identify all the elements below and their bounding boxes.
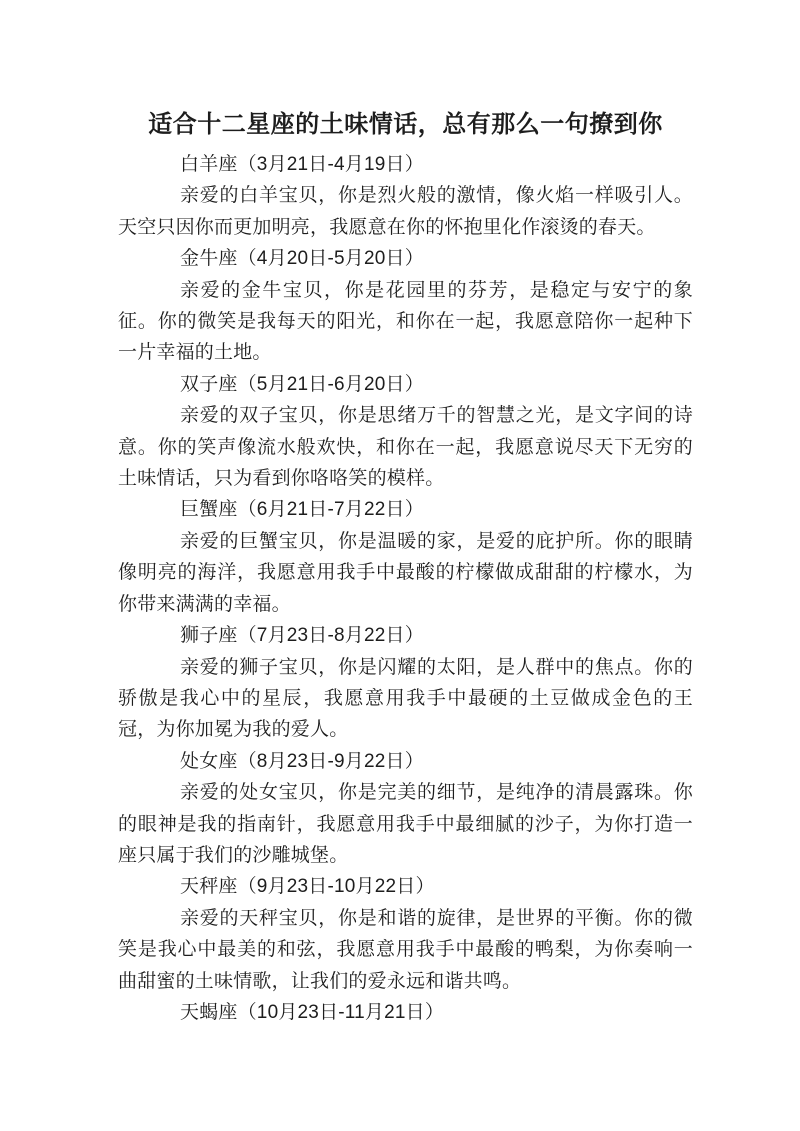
section-body: 亲爱的天秤宝贝，你是和谐的旋律，是世界的平衡。你的微笑是我心中最美的和弦，我愿意… — [118, 903, 693, 997]
section-heading: 双子座（5月21日-6月20日） — [118, 369, 693, 400]
section-body: 亲爱的白羊宝贝，你是烈火般的激情，像火焰一样吸引人。天空只因你而更加明亮，我愿意… — [118, 180, 693, 243]
section-heading: 巨蟹座（6月21日-7月22日） — [118, 494, 693, 525]
section-body: 亲爱的巨蟹宝贝，你是温暖的家，是爱的庇护所。你的眼睛像明亮的海洋，我愿意用我手中… — [118, 526, 693, 620]
zodiac-section-scorpio: 天蝎座（10月23日-11月21日） — [118, 997, 693, 1028]
section-body: 亲爱的金牛宝贝，你是花园里的芬芳，是稳定与安宁的象征。你的微笑是我每天的阳光，和… — [118, 275, 693, 369]
zodiac-section-libra: 天秤座（9月23日-10月22日） 亲爱的天秤宝贝，你是和谐的旋律，是世界的平衡… — [118, 871, 693, 997]
zodiac-section-virgo: 处女座（8月23日-9月22日） 亲爱的处女宝贝，你是完美的细节，是纯净的清晨露… — [118, 746, 693, 872]
document-page: 适合十二星座的土味情话，总有那么一句撩到你 白羊座（3月21日-4月19日） 亲… — [0, 0, 800, 1131]
zodiac-section-taurus: 金牛座（4月20日-5月20日） 亲爱的金牛宝贝，你是花园里的芬芳，是稳定与安宁… — [118, 243, 693, 369]
zodiac-section-leo: 狮子座（7月23日-8月22日） 亲爱的狮子宝贝，你是闪耀的太阳，是人群中的焦点… — [118, 620, 693, 746]
zodiac-section-gemini: 双子座（5月21日-6月20日） 亲爱的双子宝贝，你是思绪万千的智慧之光，是文字… — [118, 369, 693, 495]
document-title: 适合十二星座的土味情话，总有那么一句撩到你 — [118, 106, 693, 144]
section-body: 亲爱的狮子宝贝，你是闪耀的太阳，是人群中的焦点。你的骄傲是我心中的星辰，我愿意用… — [118, 652, 693, 746]
zodiac-section-aries: 白羊座（3月21日-4月19日） 亲爱的白羊宝贝，你是烈火般的激情，像火焰一样吸… — [118, 149, 693, 243]
section-heading: 处女座（8月23日-9月22日） — [118, 746, 693, 777]
section-heading: 天蝎座（10月23日-11月21日） — [118, 997, 693, 1028]
section-heading: 金牛座（4月20日-5月20日） — [118, 243, 693, 274]
section-heading: 白羊座（3月21日-4月19日） — [118, 149, 693, 180]
section-body: 亲爱的处女宝贝，你是完美的细节，是纯净的清晨露珠。你的眼神是我的指南针，我愿意用… — [118, 777, 693, 871]
zodiac-section-cancer: 巨蟹座（6月21日-7月22日） 亲爱的巨蟹宝贝，你是温暖的家，是爱的庇护所。你… — [118, 494, 693, 620]
section-body: 亲爱的双子宝贝，你是思绪万千的智慧之光，是文字间的诗意。你的笑声像流水般欢快，和… — [118, 400, 693, 494]
section-heading: 天秤座（9月23日-10月22日） — [118, 871, 693, 902]
section-heading: 狮子座（7月23日-8月22日） — [118, 620, 693, 651]
